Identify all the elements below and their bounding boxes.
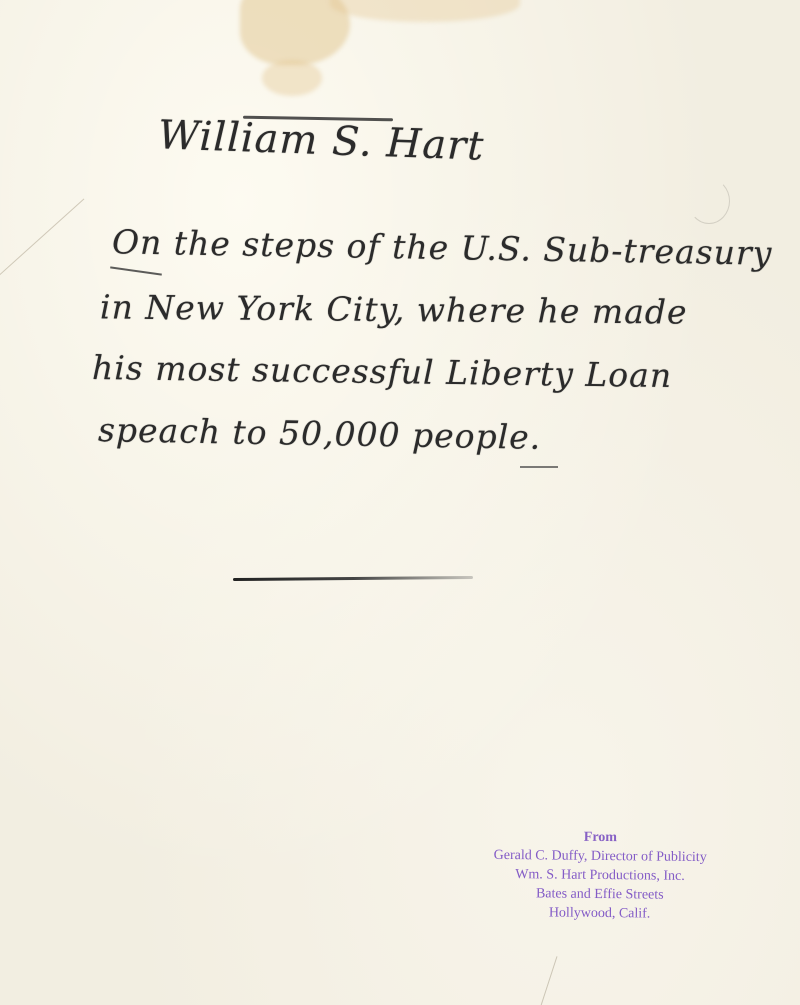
pen-stroke	[520, 466, 558, 468]
stamp-city: Hollywood, Calif.	[455, 902, 745, 924]
faint-ring-mark	[688, 178, 730, 224]
stamp-director: Gerald C. Duffy, Director of Publicity	[455, 845, 745, 867]
caption-line-3: his most successful Liberty Loan	[92, 348, 673, 395]
water-stain	[262, 60, 322, 96]
caption-line-4: speach to 50,000 people.	[98, 410, 542, 457]
caption-line-2: in New York City, where he made	[100, 287, 688, 331]
publicity-stamp: From Gerald C. Duffy, Director of Public…	[455, 826, 746, 924]
